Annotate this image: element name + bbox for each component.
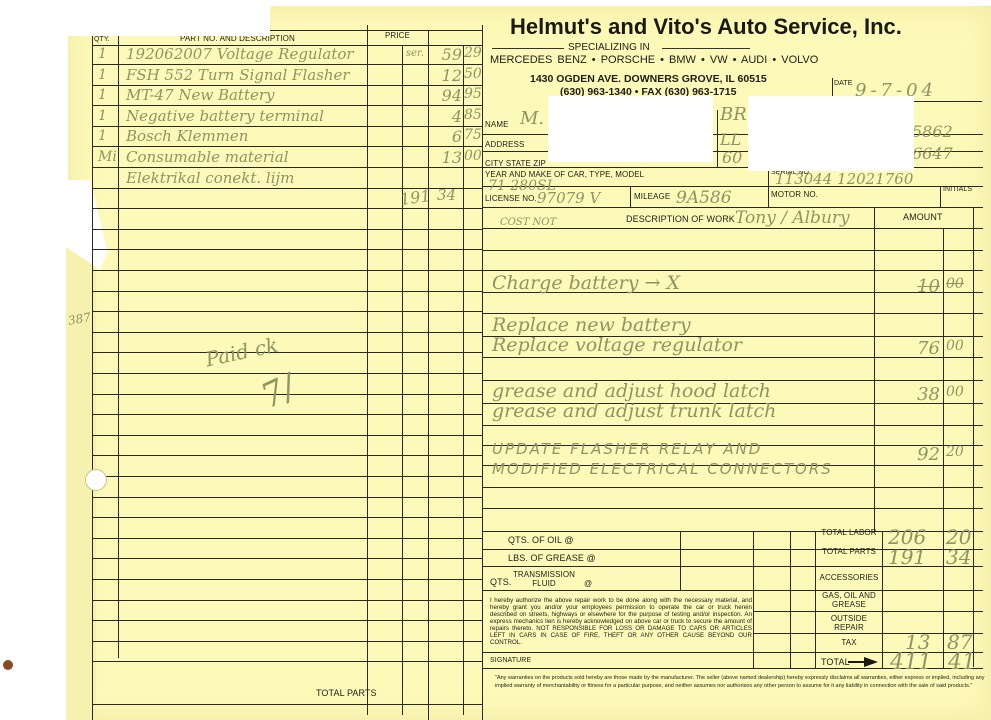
rule xyxy=(717,110,718,167)
accessories-label: ACCESSORIES xyxy=(818,573,880,582)
work-amount-cents: 20 xyxy=(946,444,964,460)
redaction-box xyxy=(0,0,270,36)
part-price-dollars: 4 xyxy=(430,107,462,126)
part-qty: 1 xyxy=(98,46,107,62)
rule xyxy=(483,487,983,488)
rule xyxy=(93,455,483,456)
city-value-right: 60 xyxy=(722,148,742,167)
rule xyxy=(973,207,974,667)
work-description: Replace voltage regulator xyxy=(492,334,742,356)
rule xyxy=(483,508,983,509)
rule xyxy=(93,661,483,662)
work-description: UPDATE FLASHER RELAY AND xyxy=(492,440,762,458)
grease-label: LBS. OF GREASE @ xyxy=(508,553,596,563)
rule xyxy=(93,497,483,498)
part-description: MT-47 New Battery xyxy=(126,86,275,104)
rule xyxy=(93,249,483,250)
part-description: FSH 552 Turn Signal Flasher xyxy=(126,66,350,84)
work-description: MODIFIED ELECTRICAL CONNECTORS xyxy=(492,460,833,478)
license-label: LICENSE NO. xyxy=(485,194,537,203)
rule xyxy=(93,641,483,642)
rule xyxy=(768,167,769,207)
part-price-cents: 75 xyxy=(464,127,482,143)
part-qty: 1 xyxy=(98,128,107,144)
total-labor-label: TOTAL LABOR xyxy=(818,528,880,537)
part-price-cents: 00 xyxy=(464,148,482,164)
total-parts-label: TOTAL PARTS xyxy=(818,547,880,556)
rule xyxy=(680,531,681,591)
gas-oil-grease-label: GAS, OIL AND GREASE xyxy=(818,591,880,609)
rule xyxy=(483,590,983,591)
rule xyxy=(630,186,631,207)
rule xyxy=(93,332,483,333)
technician: Tony / Albury xyxy=(735,208,850,228)
redaction-box xyxy=(548,96,713,162)
rule xyxy=(874,207,875,532)
part-price-cents: 85 xyxy=(464,107,482,123)
rule xyxy=(93,270,483,271)
part-price-dollars: 13 xyxy=(430,148,462,167)
brand-list: MERCEDES BENZ • PORSCHE • BMW • VW • AUD… xyxy=(490,54,818,66)
part-note: ser. xyxy=(406,48,424,59)
rule xyxy=(483,207,983,208)
punch-hole xyxy=(85,469,107,491)
authorization-text: I hereby authorize the above repair work… xyxy=(490,597,752,646)
part-price-dollars: 6 xyxy=(430,127,462,146)
total-dollars: 411 xyxy=(890,650,932,675)
part-description: 192062007 Voltage Regulator xyxy=(126,45,354,63)
work-amount-cents: 00 xyxy=(946,276,964,292)
address-value-right: LL xyxy=(720,130,741,149)
rule xyxy=(93,558,483,559)
work-description: Charge battery → X xyxy=(492,272,680,294)
rule xyxy=(93,538,483,539)
phone-partial-1: 5862 xyxy=(912,122,953,141)
work-amount-cents: 00 xyxy=(946,384,964,400)
work-description: grease and adjust hood latch xyxy=(492,380,771,402)
motor-label: MOTOR NO. xyxy=(771,190,818,199)
shop-name: Helmut's and Vito's Auto Service, Inc. xyxy=(510,14,902,40)
oil-label: QTS. OF OIL @ xyxy=(508,535,574,545)
part-price-dollars: 59 xyxy=(430,45,462,64)
outside-repair-label: OUTSIDE REPAIR xyxy=(818,614,880,632)
rule xyxy=(753,531,754,668)
phone-partial-2: 6647 xyxy=(912,144,953,163)
rule xyxy=(93,414,483,415)
trans-at: @ xyxy=(584,579,592,588)
part-description: Negative battery terminal xyxy=(126,107,324,125)
rule xyxy=(93,291,483,292)
name-value: M. xyxy=(520,108,544,129)
rule xyxy=(93,620,483,621)
divider xyxy=(492,48,564,49)
part-description: Consumable material xyxy=(126,148,289,166)
license-value: 97079 V xyxy=(537,189,600,207)
trans-fluid-label: TRANSMISSION FLUID xyxy=(511,570,577,588)
work-header: DESCRIPTION OF WORK xyxy=(626,214,735,224)
rule xyxy=(882,531,883,668)
part-qty: Mi xyxy=(98,149,117,165)
work-description: grease and adjust trunk latch xyxy=(492,400,776,422)
name-label: NAME xyxy=(485,120,509,129)
rule xyxy=(93,476,483,477)
part-price-dollars: 12 xyxy=(430,66,462,85)
rule xyxy=(93,517,483,518)
part-qty: 1 xyxy=(98,108,107,124)
arrow-right-icon xyxy=(848,657,878,667)
rule xyxy=(118,30,119,658)
total-label: TOTAL xyxy=(821,657,850,667)
part-price-cents: 50 xyxy=(464,66,482,82)
mileage-label: MILEAGE xyxy=(634,192,670,201)
rule xyxy=(940,186,941,207)
price-header: PRICE xyxy=(385,31,410,40)
rule xyxy=(93,311,483,312)
work-amount-dollars: 76 xyxy=(880,338,940,359)
part-description: Elektrikal conekt. lijm xyxy=(126,169,294,187)
rule xyxy=(93,579,483,580)
address-label: ADDRESS xyxy=(485,140,524,149)
specializing-label: SPECIALIZING IN xyxy=(568,42,650,53)
initials-label: INITIALS xyxy=(943,186,972,193)
rule xyxy=(483,250,983,251)
rule xyxy=(483,425,983,426)
rule xyxy=(93,229,483,230)
signature-label: SIGNATURE xyxy=(490,657,531,664)
warranty-disclaimer: "Any warranties on the products sold her… xyxy=(495,674,985,690)
work-description: Replace new battery xyxy=(492,314,691,336)
rule xyxy=(943,531,944,668)
shop-address: 1430 OGDEN AVE. DOWNERS GROVE, IL 60515 xyxy=(530,73,767,85)
total-cents: 41 xyxy=(948,650,976,675)
rule xyxy=(93,704,483,705)
rule xyxy=(93,435,483,436)
part-qty: 1 xyxy=(98,87,107,103)
city-label: CITY STATE ZIP xyxy=(485,159,546,168)
part-description: Bosch Klemmen xyxy=(126,127,248,145)
part-price-cents: 29 xyxy=(464,45,482,61)
stain-mark xyxy=(3,660,13,670)
part-qty: 1 xyxy=(98,67,107,83)
serial-value: 113044 12021760 xyxy=(775,170,913,188)
work-amount-dollars: 38 xyxy=(880,384,940,405)
rule xyxy=(93,208,483,209)
rule xyxy=(93,600,483,601)
cost-note: COST NOT xyxy=(500,217,556,228)
rule xyxy=(93,352,483,353)
rule xyxy=(753,611,983,612)
part-price-dollars: 94 xyxy=(430,86,462,105)
rule xyxy=(815,531,816,668)
trans-qts-label: QTS. xyxy=(490,577,511,587)
total-parts-dollars: 191 xyxy=(888,545,926,569)
name-value-right: BR xyxy=(720,104,747,125)
total-parts-cents: 34 xyxy=(946,545,971,569)
parts-subtotal-cents: 34 xyxy=(437,186,456,204)
work-amount-cents: 00 xyxy=(946,338,964,354)
amount-header: AMOUNT xyxy=(903,212,943,222)
total-parts-footer-label: TOTAL PARTS xyxy=(316,688,377,698)
part-price-cents: 95 xyxy=(464,86,482,102)
rule xyxy=(367,25,368,715)
mileage-value: 9A586 xyxy=(676,188,732,208)
rule xyxy=(483,228,983,229)
rule xyxy=(790,531,791,668)
rule xyxy=(92,30,93,720)
work-amount-dollars: 92 xyxy=(880,444,940,465)
qty-header: QTY. xyxy=(94,36,110,43)
date-label: DATE xyxy=(834,80,853,87)
divider xyxy=(662,48,750,49)
work-amount-dollars: 10 xyxy=(880,276,940,297)
redaction-box xyxy=(748,96,914,171)
tax-label: TAX xyxy=(818,638,880,647)
